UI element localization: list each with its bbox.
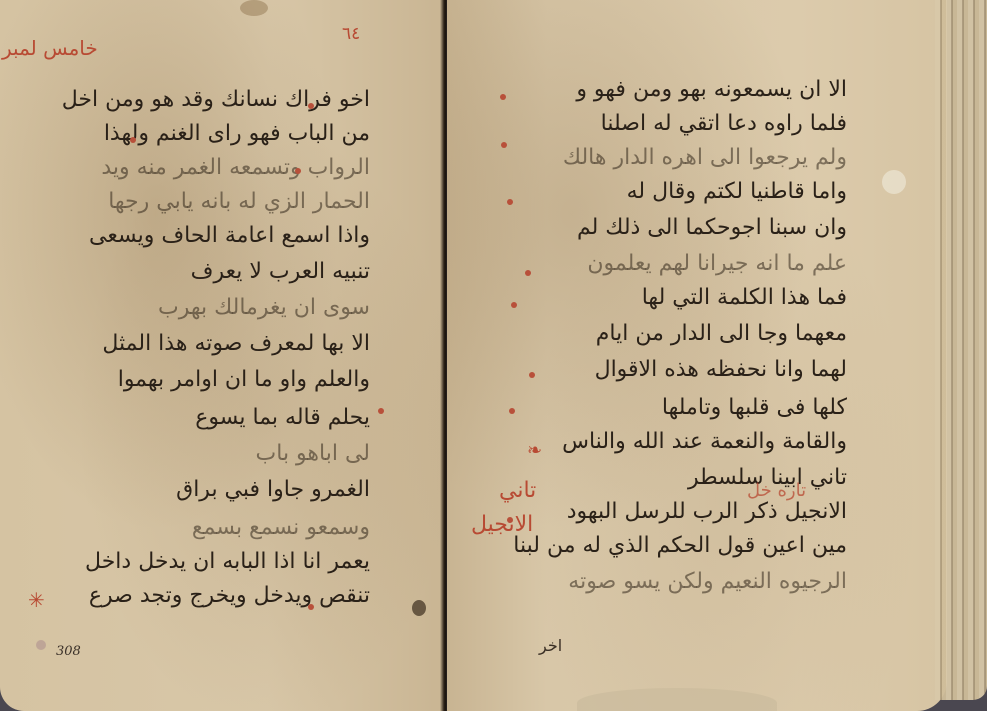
red-ornament: ❧ [527, 440, 542, 461]
red-verse-dot [295, 168, 301, 174]
red-verse-dot [529, 372, 535, 378]
left-page: خامس لمبر ٦٤ اخو فراك نسانك وقد هو ومن ا… [0, 0, 445, 711]
paper-spot [882, 170, 906, 194]
marginal-note: خامس لمبر [2, 36, 98, 60]
folio-number: 308 [56, 644, 81, 659]
page-wear [577, 688, 777, 711]
red-verse-dot [507, 199, 513, 205]
catchword: اخر [539, 636, 562, 655]
red-verse-dot [378, 408, 384, 414]
red-verse-dot [507, 517, 513, 523]
corner-mark: ٦٤ [342, 24, 360, 44]
left-text-block: اخو فراك نسانك وقد هو ومن اخل من الباب ف… [30, 78, 370, 618]
red-rubric-inline: تاره خل [747, 480, 806, 501]
right-text-block: الا ان يسمعونه بهو ومن فهو و فلما راوه د… [502, 68, 847, 628]
ink-stain [412, 600, 426, 616]
ink-stain [36, 640, 46, 650]
red-rubric-start: الانجيل [471, 512, 533, 537]
red-rubric-start: تاني [499, 478, 536, 503]
manuscript-photo: خامس لمبر ٦٤ اخو فراك نسانك وقد هو ومن ا… [0, 0, 987, 711]
red-verse-dot [509, 408, 515, 414]
page-edges [935, 0, 987, 700]
right-page: الا ان يسمعونه بهو ومن فهو و فلما راوه د… [447, 0, 947, 711]
star-mark: ✳ [28, 588, 45, 612]
red-verse-dot [308, 604, 314, 610]
text-line: الرجيوه النعيم ولكن يسو صوته [568, 560, 847, 604]
red-verse-dot [525, 270, 531, 276]
ink-stain [240, 0, 268, 16]
red-verse-dot [501, 142, 507, 148]
red-verse-dot [500, 94, 506, 100]
red-verse-dot [130, 137, 136, 143]
red-verse-dot [308, 103, 314, 109]
text-line: تنقص ويدخل ويخرج وتجد صرع [89, 574, 370, 618]
red-verse-dot [511, 302, 517, 308]
